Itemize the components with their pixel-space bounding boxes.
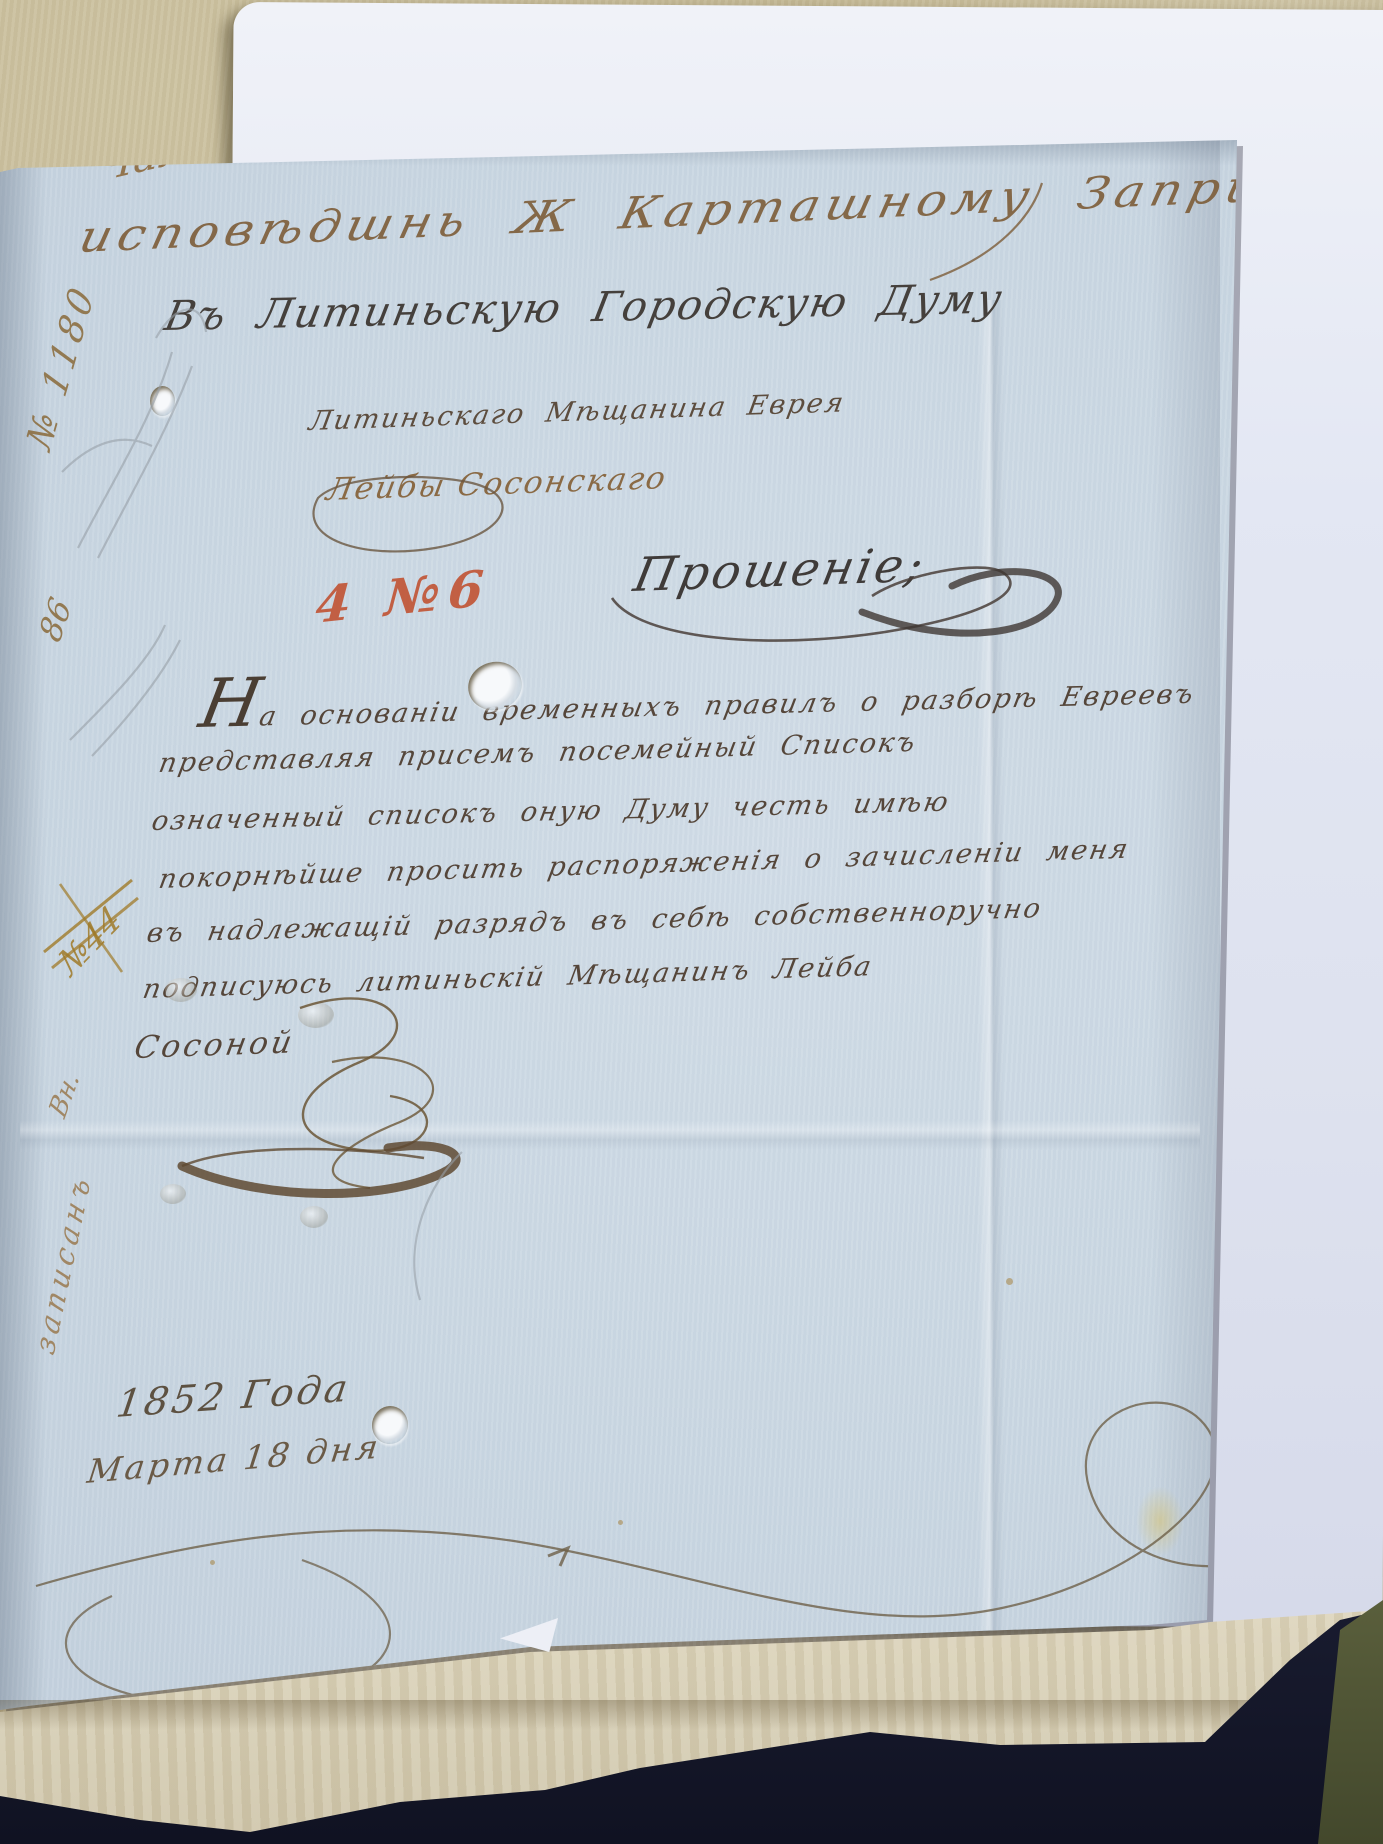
paper-stack-crease (0, 1700, 1383, 1730)
petition-sheet: Чая исповѣдшнь Ж Карташному Заприня Въ Л… (0, 0, 1383, 1844)
archival-photo: Чая исповѣдшнь Ж Карташному Заприня Въ Л… (0, 0, 1383, 1844)
flourish-overlay (0, 0, 1383, 1844)
